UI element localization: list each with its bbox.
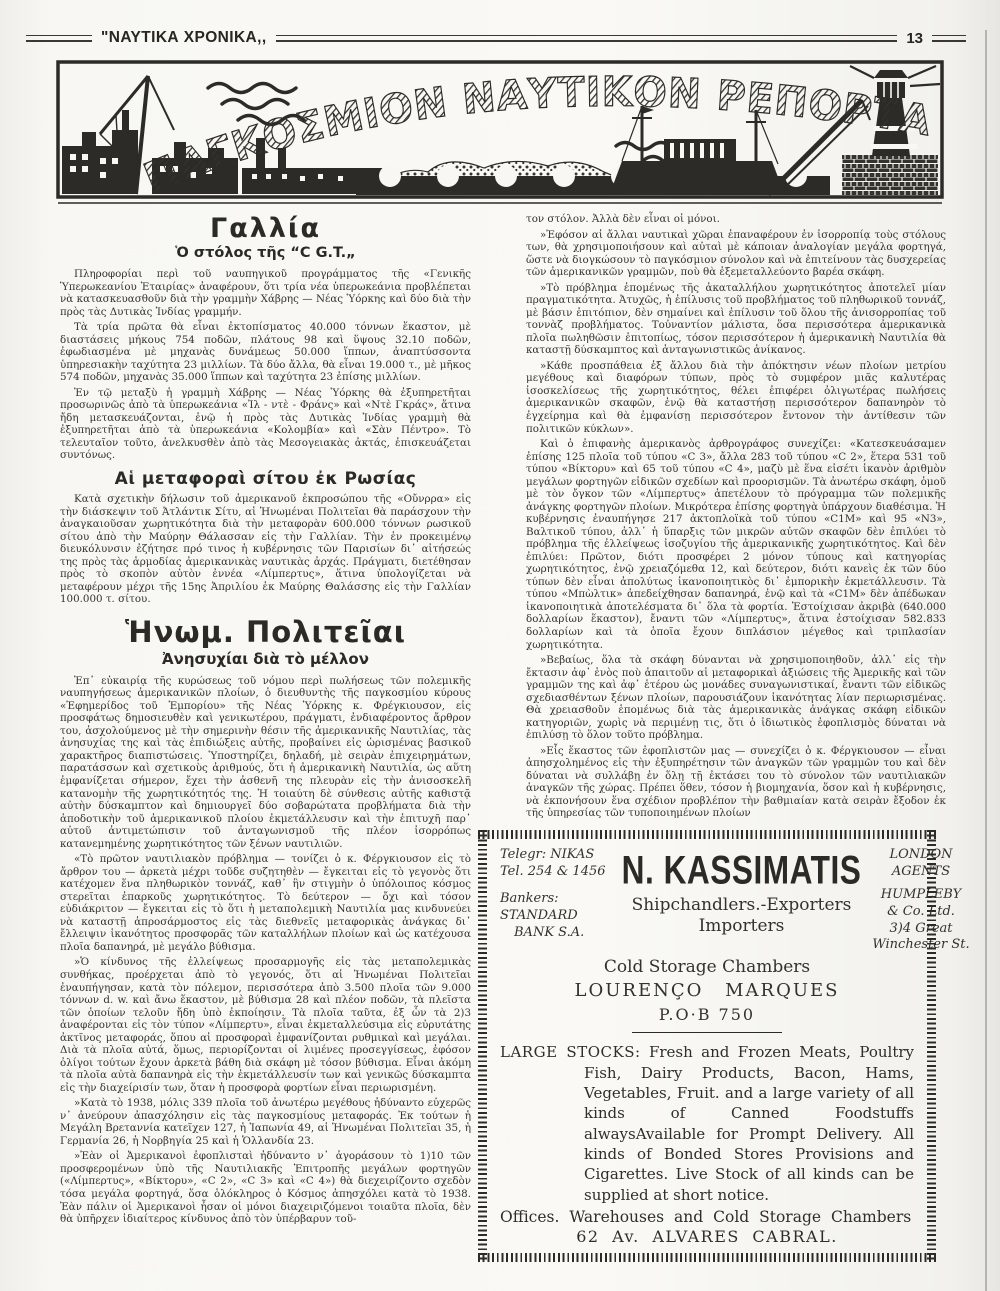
paragraph: Κατὰ σχετικὴν δήλωσιν τοῦ ἀμερικανοῦ ἐκπ… (60, 493, 471, 606)
paragraph: Καὶ ὁ ἐπιφανὴς ἀμερικανὸς ἀρθρογράφος συ… (526, 438, 946, 651)
left-column: Γαλλία Ὁ στόλος τῆς “C G.T.„ Πληροφορίαι… (60, 213, 471, 1262)
ad-bank-name-1: STANDARD (500, 908, 620, 925)
article-subtitle-usa: Ἀνησυχίαι διὰ τὸ μέλλον (60, 650, 471, 668)
ad-agent-addr-2: Winchester St. (863, 937, 979, 954)
paragraph: »Ἐφόσον αἱ ἄλλαι ναυτικαὶ χῶραι ἐπαναφέρ… (526, 229, 946, 279)
masthead-title: "ΝΑΥΤΙΚΑ ΧΡΟΝΙΚΑ,, (101, 29, 267, 47)
ad-address-line: 62 Av. ALVARES CABRAL. (500, 1227, 914, 1246)
paragraph: »Ὁ κίνδυνος τῆς ἐλλείψεως προσαρμογῆς εἰ… (60, 956, 471, 1094)
section-banner: ΠΑΓΚΟΣΜΙΟΝ ΝΑΥΤΙΚΟΝ ΡΕΠΟΡΤΑΖ (56, 60, 945, 208)
ad-stocks-paragraph: LARGE STOCKS: Fresh and Frozen Meats, Po… (500, 1042, 914, 1205)
ad-telegraph: Telegr: NIKAS (500, 847, 620, 864)
ad-contact-block: Telegr: NIKAS Tel. 254 & 1456 Bankers: S… (500, 847, 620, 941)
paragraph: τον στόλον. Ἀλλὰ δὲν εἶναι οἱ μόνοι. (526, 213, 946, 226)
ad-storage-block: Cold Storage Chambers LOURENÇO MARQUES P… (500, 956, 914, 1025)
ad-role-lines: Shipchandlers.-Exporters Importers (624, 895, 859, 938)
ad-bankers-label: Bankers: (500, 891, 620, 908)
kassimatis-advertisement: Telegr: NIKAS Tel. 254 & 1456 Bankers: S… (478, 830, 936, 1262)
ad-role-line-1: Shipchandlers.-Exporters (624, 895, 859, 916)
ad-agents-block: LONDON AGENTS HUMPLEBY & Co. Ltd. 3)4 Gr… (863, 847, 979, 954)
header-rule-right (932, 35, 966, 42)
ad-bank-name-2: BANK S.A. (500, 925, 620, 942)
article-title-wheat: Αἱ μεταφοραὶ σίτου ἐκ Ρωσίας (60, 469, 471, 489)
ad-offices-line: Offices. Warehouses and Cold Storage Cha… (500, 1208, 914, 1226)
ad-border-top (478, 830, 936, 839)
paragraph: Ἐπ᾽ εὐκαιρίᾳ τῆς κυρώσεως τοῦ νόμου περὶ… (60, 675, 471, 850)
ad-border-bottom (478, 1253, 936, 1262)
paragraph: »Κάθε προσπάθεια ἐξ ἄλλου διὰ τὴν ἀπόκτη… (526, 360, 946, 435)
ad-telephone: Tel. 254 & 1456 (500, 864, 620, 881)
magazine-page: "ΝΑΥΤΙΚΑ ΧΡΟΝΙΚΑ,, 13 (0, 0, 1000, 1291)
ad-agent-name: HUMPLEBY (863, 887, 979, 904)
article-title-usa: Ἡνωμ. Πολιτεῖαι (60, 615, 471, 649)
article-title-france: Γαλλία (60, 213, 471, 244)
ad-agent-co: & Co. Ltd. (863, 904, 979, 921)
paragraph: Ἐν τῷ μεταξὺ ἡ γραμμὴ Χάβρης — Νέας Ὑόρκ… (60, 387, 471, 462)
ad-stocks-heading: LARGE STOCKS: (500, 1043, 641, 1061)
paragraph: »Τὸ πρόβλημα ἑπομένως τῆς ἀκαταλλήλου χω… (526, 282, 946, 357)
ad-agents-line-1: LONDON (863, 847, 979, 864)
page-edge-line (985, 30, 987, 1291)
paragraph: »Εἷς ἕκαστος τῶν ἐφοπλιστῶν μας — συνεχί… (526, 745, 946, 820)
ad-company-name: N. KASSIMATIS (622, 847, 862, 894)
paragraph: »Ἐὰν οἱ Ἀμερικανοὶ ἐφοπλισταὶ ἠδύναντο ν… (60, 1150, 471, 1225)
ad-company-block: N. KASSIMATIS Shipchandlers.-Exporters I… (624, 847, 859, 938)
header-rule-left (26, 35, 92, 42)
paragraph: Πληροφορίαι περὶ τοῦ ναυπηγικοῦ προγράμμ… (60, 268, 471, 318)
paragraph: «Τὸ πρῶτον ναυτιλιακὸν πρόβλημα — τονίζε… (60, 853, 471, 953)
ad-agent-addr-1: 3)4 Great (863, 921, 979, 938)
ad-city-line: LOURENÇO MARQUES (500, 979, 914, 1003)
ad-header: Telegr: NIKAS Tel. 254 & 1456 Bankers: S… (500, 847, 914, 954)
ad-role-line-2: Importers (624, 916, 859, 937)
ad-storage-line: Cold Storage Chambers (500, 956, 914, 979)
ad-divider-rule (632, 1032, 782, 1033)
page-number: 13 (906, 30, 923, 47)
right-column: τον στόλον. Ἀλλὰ δὲν εἶναι οἱ μόνοι. »Ἐφ… (526, 213, 946, 1262)
paragraph: »Βεβαίως, ὅλα τὰ σκάφη δύνανται νὰ χρησι… (526, 654, 946, 742)
paragraph: »Κατὰ τὸ 1938, μόλις 339 πλοῖα τοῦ ἀνωτέ… (60, 1097, 471, 1147)
paragraph: Τὰ τρία πρῶτα θὰ εἶναι ἐκτοπίσματος 40.0… (60, 321, 471, 384)
header-rule-long (276, 35, 898, 42)
banner-illustration: ΠΑΓΚΟΣΜΙΟΝ ΝΑΥΤΙΚΟΝ ΡΕΠΟΡΤΑΖ (56, 60, 945, 208)
ad-agents-line-2: AGENTS (863, 864, 979, 881)
page-header: "ΝΑΥΤΙΚΑ ΧΡΟΝΙΚΑ,, 13 (26, 29, 966, 47)
article-columns: Γαλλία Ὁ στόλος τῆς “C G.T.„ Πληροφορίαι… (60, 213, 946, 1262)
article-subtitle-france: Ὁ στόλος τῆς “C G.T.„ (60, 245, 471, 261)
ad-border-left (478, 830, 487, 1262)
ad-pob-line: P.O·B 750 (500, 1004, 914, 1026)
ad-border-right (927, 830, 936, 1262)
ad-stocks-text: Fresh and Frozen Meats, Poultry Fish, Da… (584, 1043, 914, 1204)
